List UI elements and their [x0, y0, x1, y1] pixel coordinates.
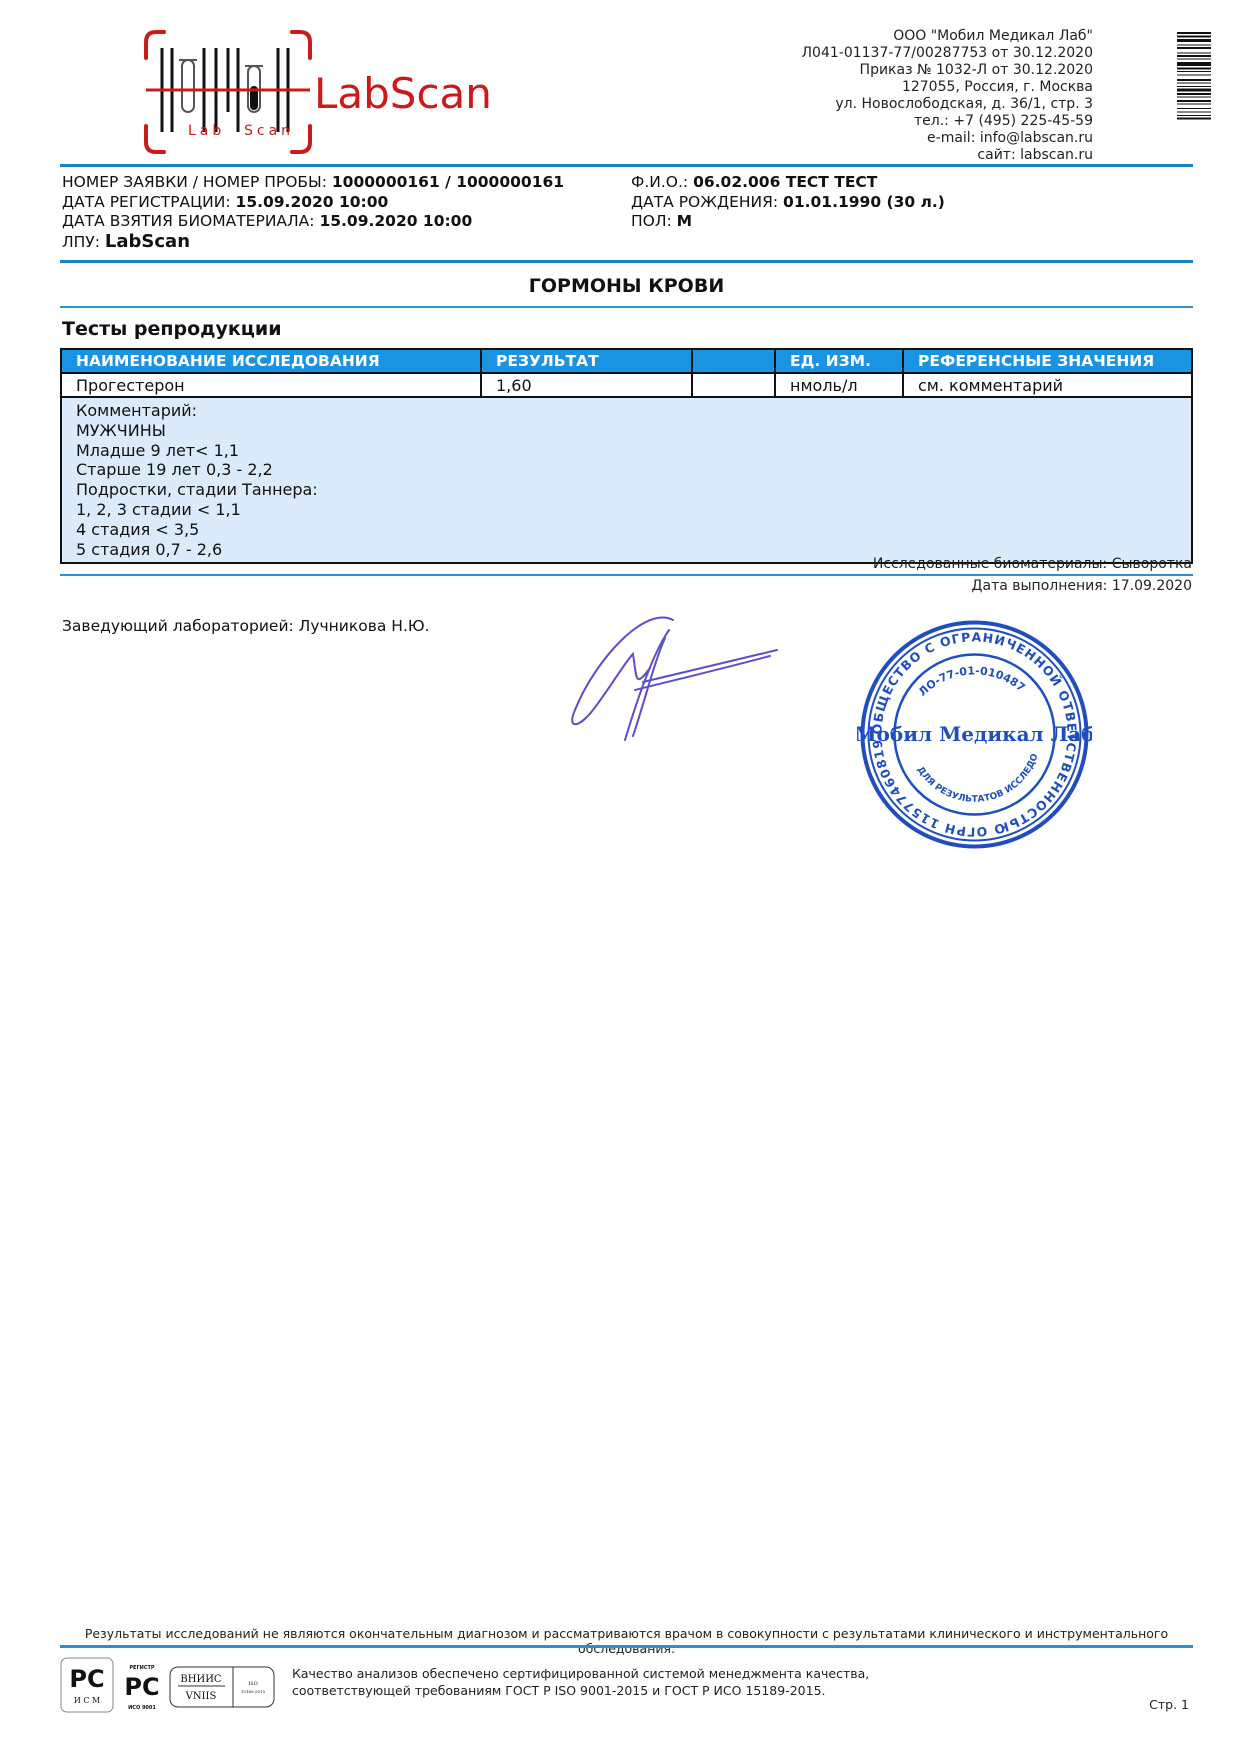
disclaimer: Результаты исследований не являются окон… [60, 1626, 1193, 1656]
test-group-title: Тесты репродукции [62, 318, 282, 340]
svg-text:LabScan: LabScan [314, 69, 492, 118]
reg-value: 15.09.2020 10:00 [236, 193, 389, 211]
quality-statement: Качество анализов обеспечено сертифициро… [292, 1665, 869, 1699]
completion-date: Дата выполнения: 17.09.2020 [972, 578, 1192, 594]
svg-text:РЕГИСТР: РЕГИСТР [129, 1665, 155, 1671]
svg-text:РС: РС [124, 1673, 159, 1701]
quality-line: Качество анализов обеспечено сертифициро… [292, 1665, 869, 1682]
svg-text:ВНИИС: ВНИИС [180, 1674, 222, 1685]
dob-value: 01.01.1990 (30 л.) [783, 193, 945, 211]
comment-line: Комментарий: [76, 401, 1177, 421]
patient-name-label: Ф.И.О.: [631, 173, 688, 191]
barcode-icon [1177, 32, 1211, 158]
col-header-unit: ЕД. ИЗМ. [775, 349, 903, 373]
patient-name-value: 06.02.006 ТЕСТ ТЕСТ [693, 173, 877, 191]
company-line: Приказ № 1032-Л от 30.12.2020 [802, 62, 1093, 79]
svg-text:РС: РС [69, 1665, 104, 1693]
order-label: НОМЕР ЗАЯВКИ / НОМЕР ПРОБЫ: [62, 173, 327, 191]
test-result: 1,60 [481, 373, 692, 397]
svg-text:VNIIS: VNIIS [185, 1691, 217, 1702]
company-line: тел.: +7 (495) 225-45-59 [802, 113, 1093, 130]
company-line: 127055, Россия, г. Москва [802, 79, 1093, 96]
svg-text:ЛО-77-01-010487: ЛО-77-01-010487 [916, 664, 1028, 698]
signature-image [555, 610, 785, 760]
company-line: Л041-01137-77/00287753 от 30.12.2020 [802, 45, 1093, 62]
request-info: НОМЕР ЗАЯВКИ / НОМЕР ПРОБЫ: 1000000161 /… [62, 173, 564, 252]
col-header-flag [692, 349, 775, 373]
page-number: Стр. 1 [1149, 1697, 1189, 1712]
svg-text:«Мобил Медикал Лаб»: «Мобил Медикал Лаб» [857, 722, 1092, 746]
quality-line: соответствующей требованиям ГОСТ Р ISO 9… [292, 1682, 869, 1699]
biomaterial: Исследованные биоматериалы: Сыворотка [873, 556, 1192, 572]
svg-text:ISO: ISO [248, 1681, 258, 1687]
sample-value: 15.09.2020 10:00 [319, 212, 472, 230]
title-divider [60, 306, 1193, 308]
labscan-logo: Lab Scan LabScan [132, 28, 502, 158]
table-row: Прогестерон 1,60 нмоль/л см. комментарий [61, 373, 1192, 397]
table-header-row: НАИМЕНОВАНИЕ ИССЛЕДОВАНИЯ РЕЗУЛЬТАТ ЕД. … [61, 349, 1192, 373]
company-line: ул. Новослободская, д. 36/1, стр. 3 [802, 96, 1093, 113]
comment-cell: Комментарий: МУЖЧИНЫ Младше 9 лет< 1,1 С… [61, 397, 1192, 563]
header-divider [60, 164, 1193, 167]
dob-label: ДАТА РОЖДЕНИЯ: [631, 193, 778, 211]
svg-text:ИСО 9001: ИСО 9001 [128, 1705, 156, 1711]
company-line: ООО "Мобил Медикал Лаб" [802, 28, 1093, 45]
footer-divider [60, 1645, 1193, 1648]
comment-row: Комментарий: МУЖЧИНЫ Младше 9 лет< 1,1 С… [61, 397, 1192, 563]
svg-text:И С М: И С М [74, 1696, 100, 1705]
lpu-label: ЛПУ: [62, 233, 100, 251]
sex-value: М [677, 212, 692, 230]
certification-logos: РС И С М РЕГИСТР РС ИСО 9001 ВНИИС VNIIS… [60, 1657, 280, 1713]
company-stamp: ОБЩЕСТВО С ОГРАНИЧЕННОЙ ОТВЕТСТВЕННОСТЬЮ… [857, 617, 1092, 852]
company-info: ООО "Мобил Медикал Лаб" Л041-01137-77/00… [802, 28, 1093, 164]
comment-line: Подростки, стадии Таннера: [76, 480, 1177, 500]
col-header-result: РЕЗУЛЬТАТ [481, 349, 692, 373]
comment-line: Младше 9 лет< 1,1 [76, 441, 1177, 461]
comment-line: 1, 2, 3 стадии < 1,1 [76, 500, 1177, 520]
biomaterial-divider [60, 574, 1193, 576]
results-table: НАИМЕНОВАНИЕ ИССЛЕДОВАНИЯ РЕЗУЛЬТАТ ЕД. … [60, 348, 1193, 564]
comment-line: Старше 19 лет 0,3 - 2,2 [76, 460, 1177, 480]
reg-label: ДАТА РЕГИСТРАЦИИ: [62, 193, 231, 211]
svg-text:Lab: Lab [188, 123, 225, 139]
section-title: ГОРМОНЫ КРОВИ [60, 275, 1193, 297]
lpu-value: LabScan [105, 231, 190, 252]
test-reference: см. комментарий [903, 373, 1192, 397]
col-header-name: НАИМЕНОВАНИЕ ИССЛЕДОВАНИЯ [61, 349, 481, 373]
info-divider [60, 260, 1193, 263]
svg-text:15189:2015: 15189:2015 [241, 1689, 266, 1694]
sex-label: ПОЛ: [631, 212, 672, 230]
svg-text:Scan: Scan [244, 123, 294, 139]
test-flag [692, 373, 775, 397]
test-unit: нмоль/л [775, 373, 903, 397]
company-line: e-mail: info@labscan.ru [802, 130, 1093, 147]
sample-label: ДАТА ВЗЯТИЯ БИОМАТЕРИАЛА: [62, 212, 315, 230]
comment-line: 4 стадия < 3,5 [76, 520, 1177, 540]
order-value: 1000000161 / 1000000161 [332, 173, 564, 191]
head-of-lab: Заведующий лабораторией: Лучникова Н.Ю. [62, 617, 430, 635]
company-line: сайт: labscan.ru [802, 147, 1093, 164]
patient-info: Ф.И.О.: 06.02.006 ТЕСТ ТЕСТ ДАТА РОЖДЕНИ… [631, 173, 945, 232]
comment-line: МУЖЧИНЫ [76, 421, 1177, 441]
test-name: Прогестерон [61, 373, 481, 397]
col-header-reference: РЕФЕРЕНСНЫЕ ЗНАЧЕНИЯ [903, 349, 1192, 373]
